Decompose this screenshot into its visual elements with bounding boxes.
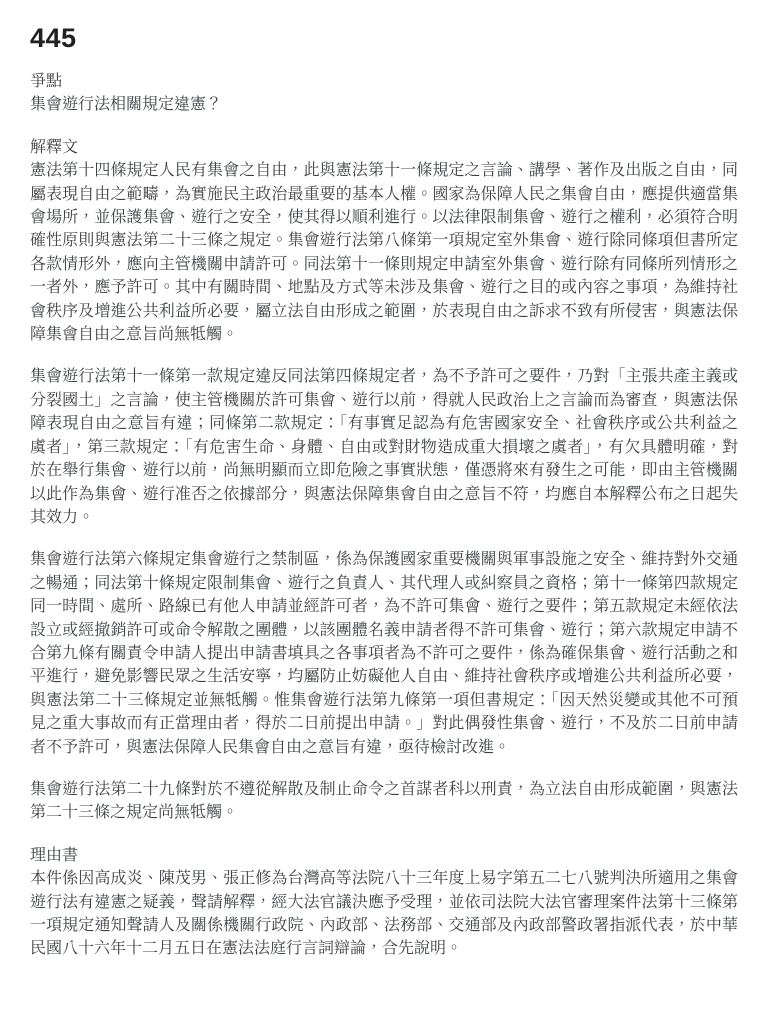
section-reasoning: 理由書 本件係因高成炎、陳茂男、張正修為台灣高等法院八十三年度上易字第五二七八號… xyxy=(30,844,738,961)
reasoning-paragraph-1: 本件係因高成炎、陳茂男、張正修為台灣高等法院八十三年度上易字第五二七八號判決所適… xyxy=(30,867,738,961)
holding-paragraph-1: 憲法第十四條規定人民有集會之自由，此與憲法第十一條規定之言論、講學、著作及出版之… xyxy=(30,159,738,346)
reasoning-heading: 理由書 xyxy=(30,844,738,867)
holding-paragraph-4: 集會遊行法第二十九條對於不遵從解散及制止命令之首謀者科以刑責，為立法自由形成範圍… xyxy=(30,778,738,825)
section-holding: 解釋文 憲法第十四條規定人民有集會之自由，此與憲法第十一條規定之言論、講學、著作… xyxy=(30,136,738,825)
section-issue: 爭點 集會遊行法相關規定違憲？ xyxy=(30,70,738,117)
holding-heading: 解釋文 xyxy=(30,136,738,159)
issue-text: 集會遊行法相關規定違憲？ xyxy=(30,93,738,116)
issue-heading: 爭點 xyxy=(30,70,738,93)
interpretation-number: 445 xyxy=(30,22,738,54)
holding-paragraph-3: 集會遊行法第六條規定集會遊行之禁制區，係為保護國家重要機關與軍事設施之安全、維持… xyxy=(30,548,738,759)
interpretation-document: 445 爭點 集會遊行法相關規定違憲？ 解釋文 憲法第十四條規定人民有集會之自由… xyxy=(0,0,768,1024)
holding-paragraph-2: 集會遊行法第十一條第一款規定違反同法第四條規定者，為不予許可之要件，乃對「主張共… xyxy=(30,365,738,529)
